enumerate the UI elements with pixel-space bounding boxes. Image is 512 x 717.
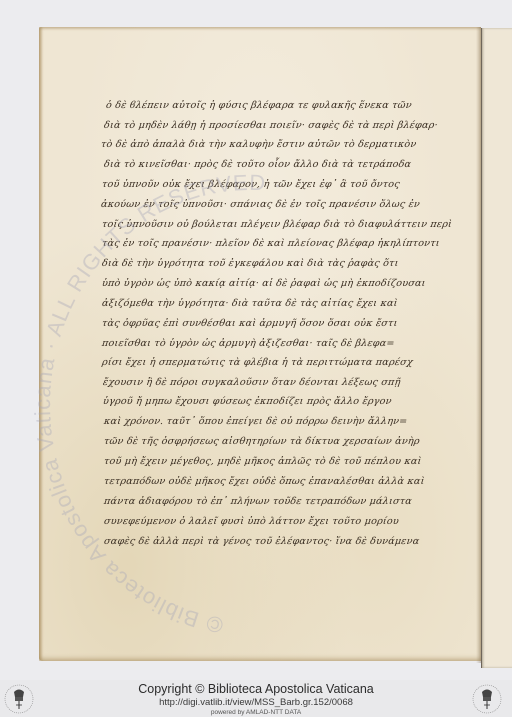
- text-line: τὰς ὀφρῦας ἐπὶ συνθέσθαι καὶ ἀρμυγῆ ὅσον…: [101, 318, 398, 329]
- text-line: τοῖς ὑπνοῦσιν οὐ βούλεται πλέγειν βλέφαρ…: [101, 219, 453, 230]
- text-line: τοῦ ὑπνοῦν οὐκ ἔχει βλέφαρον, ἡ τῶν ἔχει…: [101, 179, 400, 190]
- text-line: ρίσι ἔχει ἡ σπερματώτις τὰ φλέβια ἡ τὰ π…: [101, 357, 413, 368]
- text-line: ποιεῖσθαι τὸ ὑγρὸν ὡς ἀρμυγὴ ἀξιζεσθαι· …: [101, 338, 395, 349]
- text-line: ἀξιζόμεθα τὴν ὑγρότητα· διὰ ταῦτα δὲ τὰς…: [101, 298, 398, 309]
- footer: Copyright © Biblioteca Apostolica Vatica…: [0, 680, 512, 717]
- image-viewer: ὁ δὲ ϐλέπειν αὐτοῖς ἡ φύσις βλέφαρα τε φ…: [0, 0, 512, 680]
- text-line: καὶ χρόνον. ταῦτ᾽ ὅπου ἐπείγει δὲ οὐ πόρ…: [103, 416, 408, 427]
- text-line: ἀκούων ἐν τοῖς ὑπνοῦσι· σπάνιας δὲ ἐν το…: [100, 199, 420, 210]
- text-line: διὰ τὸ κινεῖσθαι· πρὸς δὲ τοῦτο οἷον ἄλλ…: [103, 159, 412, 170]
- powered-by-text: powered by AMLAD-NTT DATA: [0, 709, 512, 716]
- text-line: πάντα ἀδιαφόρου τὸ ἐπ᾽ πλήνων τοῦδε τετρ…: [103, 496, 412, 507]
- text-line: τετραπόδων οὐδὲ μῆκος ἔχει οὐδὲ ὅπως ἐπα…: [103, 476, 425, 487]
- facing-page-edge: [481, 28, 512, 668]
- text-line: ὑγροῦ ἤ μηπω ἔχουσι φύσεως ἐκποδίζει πρὸ…: [102, 396, 392, 407]
- text-line: τῶν δὲ τῆς ὀσφρήσεως αἰσθητηρίων τὰ δίκτ…: [103, 436, 420, 447]
- text-line: τὸ δὲ ἀπὸ ἀπαλὰ διὰ τὴν καλυφὴν ἔστιν αὐ…: [100, 139, 417, 150]
- url-link[interactable]: http://digi.vatlib.it/view/MSS_Barb.gr.1…: [0, 697, 512, 708]
- text-line: ἔχουσιν ἢ δὲ πόροι συγκαλοῦσιν ὅταν δέον…: [102, 377, 401, 388]
- text-line: διὰ δὲ τὴν ὑγρότητα τοῦ ἐγκεφάλου καὶ δι…: [101, 258, 399, 269]
- copyright-text: Copyright © Biblioteca Apostolica Vatica…: [0, 682, 512, 696]
- page-edge: [39, 27, 43, 661]
- vatican-library-seal-icon: [470, 683, 504, 715]
- text-line: τὰς ἐν τοῖς πρανέσιν· πλεῖον δὲ καὶ πλεί…: [101, 238, 440, 249]
- text-line: ὑπὸ ὑγρὸν ὡς ὑπὸ κακίᾳ αἰτίᾳ· αἱ δὲ ῥαφα…: [101, 278, 426, 289]
- text-line: συνεφεύμενον ὁ λαλεῖ φυσὶ ὑπὸ λάττον ἔχε…: [103, 516, 399, 527]
- vatican-library-seal-icon: [2, 683, 36, 715]
- text-line: ὁ δὲ ϐλέπειν αὐτοῖς ἡ φύσις βλέφαρα τε φ…: [105, 100, 412, 111]
- text-line: τοῦ μὴ ἔχειν μέγεθος, μηδὲ μῆκος ἁπλῶς τ…: [103, 456, 422, 467]
- text-line: διὰ τὸ μηδὲν λάθῃ ἡ προσίεσθαι ποιεῖν· σ…: [103, 120, 438, 131]
- text-line: σαφὲς δὲ ἀλλὰ περὶ τὰ γένος τοῦ ἐλέφαντο…: [103, 536, 420, 547]
